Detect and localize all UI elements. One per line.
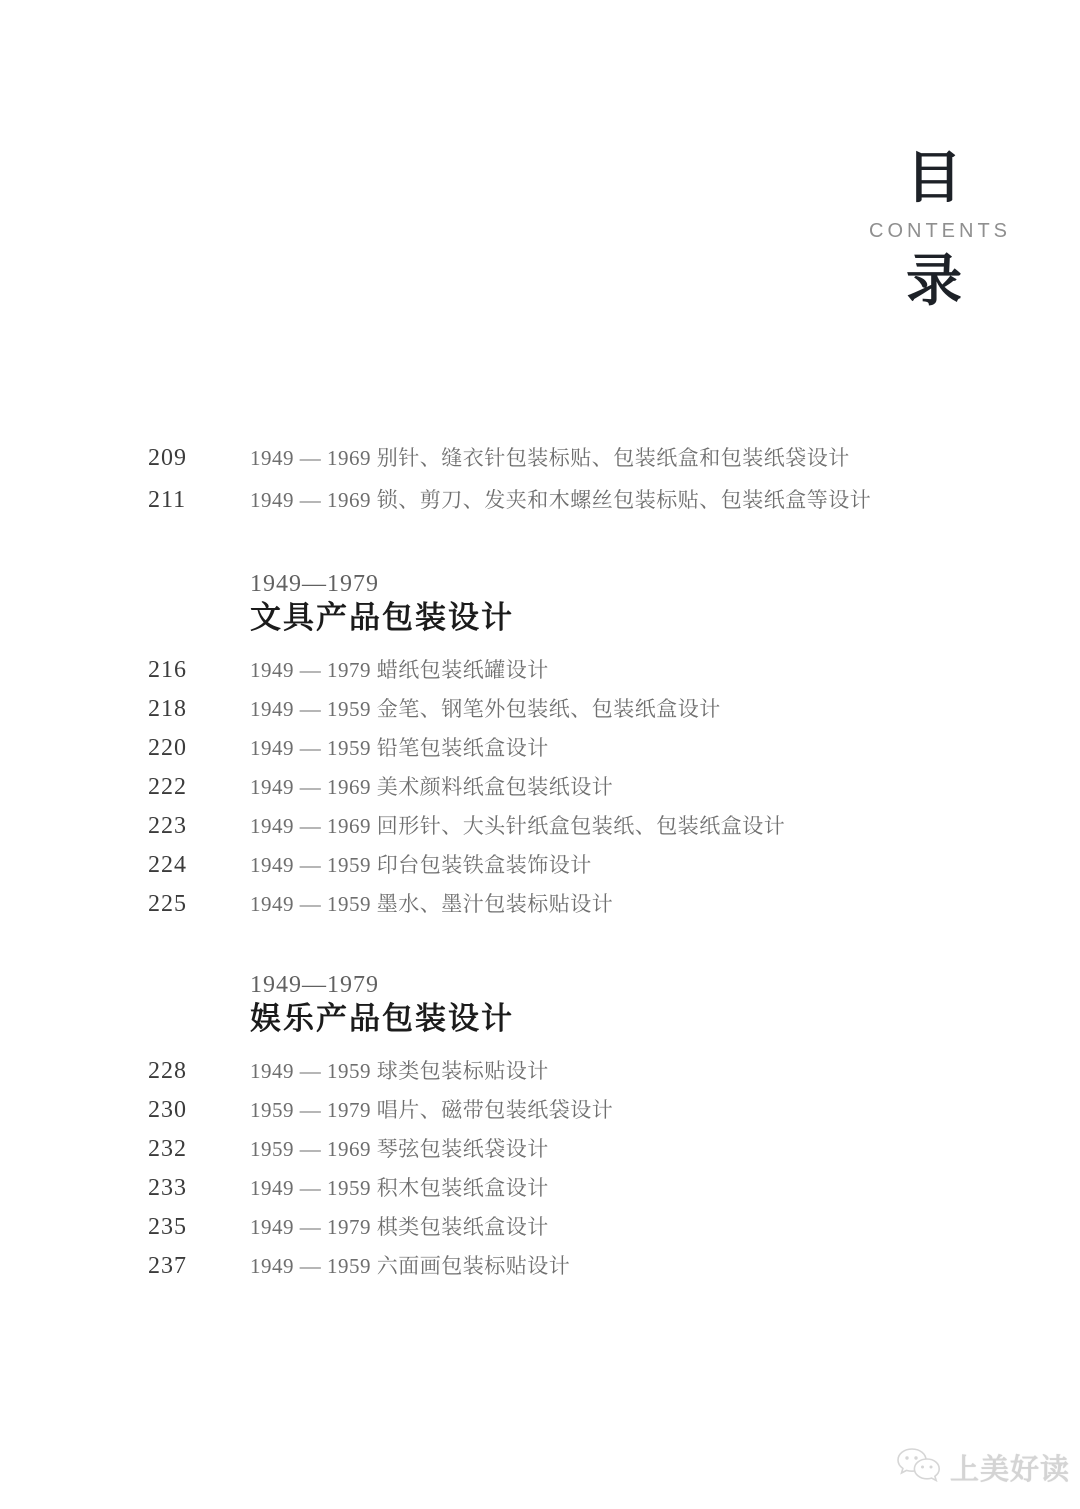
- toc-entry: 2221949 — 1969 美术颜料纸盒包装纸设计: [148, 771, 978, 810]
- toc-page-number: 235: [148, 1214, 250, 1241]
- toc-entry: 2331949 — 1959 积木包装纸盒设计: [148, 1172, 978, 1211]
- toc-entry: 2371949 — 1959 六面画包装标贴设计: [148, 1250, 978, 1289]
- toc-page-number: 223: [148, 813, 250, 840]
- section-title: 文具产品包装设计: [250, 598, 978, 638]
- toc-page-number: 232: [148, 1136, 250, 1163]
- toc-entry-title: 1949 — 1959 印台包装铁盒装饰设计: [250, 849, 592, 879]
- toc-entry: 2161949 — 1979 蜡纸包装纸罐设计: [148, 654, 978, 693]
- toc-entries: 2161949 — 1979 蜡纸包装纸罐设计2181949 — 1959 金笔…: [148, 654, 978, 927]
- contents-title-cn-top: 目: [869, 150, 999, 208]
- toc-entry: 2321959 — 1969 琴弦包装纸袋设计: [148, 1133, 978, 1172]
- wechat-icon: [895, 1446, 943, 1488]
- toc-group: 2091949 — 1969 别针、缝衣针包装标贴、包装纸盒和包装纸袋设计211…: [148, 442, 978, 526]
- toc-page-number: 218: [148, 696, 250, 723]
- toc-section-header: 1949—1979文具产品包装设计: [250, 570, 978, 638]
- toc-entry-title: 1949 — 1959 六面画包装标贴设计: [250, 1250, 570, 1280]
- toc-entry: 2111949 — 1969 锁、剪刀、发夹和木螺丝包装标贴、包装纸盒等设计: [148, 484, 978, 526]
- toc-entry: 2181949 — 1959 金笔、钢笔外包装纸、包装纸盒设计: [148, 693, 978, 732]
- toc-entry: 2281949 — 1959 球类包装标贴设计: [148, 1055, 978, 1094]
- toc-entry: 2231949 — 1969 回形针、大头针纸盒包装纸、包装纸盒设计: [148, 810, 978, 849]
- toc-entries: 2091949 — 1969 别针、缝衣针包装标贴、包装纸盒和包装纸袋设计211…: [148, 442, 978, 526]
- toc-entry-title: 1949 — 1969 回形针、大头针纸盒包装纸、包装纸盒设计: [250, 810, 785, 840]
- toc-entry: 2351949 — 1979 棋类包装纸盒设计: [148, 1211, 978, 1250]
- toc-page-number: 222: [148, 774, 250, 801]
- toc-entry-title: 1949 — 1979 蜡纸包装纸罐设计: [250, 654, 549, 684]
- toc-entry: 2251949 — 1959 墨水、墨汁包装标贴设计: [148, 888, 978, 927]
- toc-page-number: 216: [148, 657, 250, 684]
- toc-page-number: 211: [148, 487, 250, 514]
- toc-section-header: 1949—1979娱乐产品包装设计: [250, 971, 978, 1039]
- section-years: 1949—1979: [250, 570, 978, 598]
- contents-title-cn-bottom: 录: [869, 253, 999, 311]
- toc-entry-title: 1949 — 1979 棋类包装纸盒设计: [250, 1211, 549, 1241]
- toc-entry-title: 1959 — 1979 唱片、磁带包装纸袋设计: [250, 1094, 613, 1124]
- toc-entry: 2301959 — 1979 唱片、磁带包装纸袋设计: [148, 1094, 978, 1133]
- toc-list: 2091949 — 1969 别针、缝衣针包装标贴、包装纸盒和包装纸袋设计211…: [148, 442, 978, 1289]
- toc-page-number: 237: [148, 1253, 250, 1280]
- toc-entry-title: 1949 — 1959 积木包装纸盒设计: [250, 1172, 549, 1202]
- section-title: 娱乐产品包装设计: [250, 999, 978, 1039]
- toc-entry-title: 1949 — 1969 别针、缝衣针包装标贴、包装纸盒和包装纸袋设计: [250, 442, 850, 472]
- watermark: 上美好读: [895, 1446, 1070, 1488]
- toc-page-number: 225: [148, 891, 250, 918]
- toc-page-number: 220: [148, 735, 250, 762]
- toc-page-number: 224: [148, 852, 250, 879]
- toc-entry-title: 1949 — 1959 铅笔包装纸盒设计: [250, 732, 549, 762]
- contents-masthead: 目 CONTENTS 录: [869, 150, 999, 311]
- toc-entry: 2241949 — 1959 印台包装铁盒装饰设计: [148, 849, 978, 888]
- toc-entry-title: 1949 — 1959 球类包装标贴设计: [250, 1055, 549, 1085]
- toc-entry-title: 1949 — 1969 锁、剪刀、发夹和木螺丝包装标贴、包装纸盒等设计: [250, 484, 871, 514]
- contents-title-en: CONTENTS: [869, 221, 999, 241]
- watermark-label: 上美好读: [950, 1447, 1070, 1488]
- toc-group: 1949—1979娱乐产品包装设计2281949 — 1959 球类包装标贴设计…: [148, 971, 978, 1289]
- toc-page-number: 209: [148, 445, 250, 472]
- toc-entries: 2281949 — 1959 球类包装标贴设计2301959 — 1979 唱片…: [148, 1055, 978, 1289]
- toc-group: 1949—1979文具产品包装设计2161949 — 1979 蜡纸包装纸罐设计…: [148, 570, 978, 927]
- toc-entry-title: 1949 — 1969 美术颜料纸盒包装纸设计: [250, 771, 613, 801]
- toc-entry-title: 1959 — 1969 琴弦包装纸袋设计: [250, 1133, 549, 1163]
- toc-entry: 2091949 — 1969 别针、缝衣针包装标贴、包装纸盒和包装纸袋设计: [148, 442, 978, 484]
- toc-entry-title: 1949 — 1959 墨水、墨汁包装标贴设计: [250, 888, 613, 918]
- toc-page-number: 228: [148, 1058, 250, 1085]
- section-years: 1949—1979: [250, 971, 978, 999]
- toc-entry-title: 1949 — 1959 金笔、钢笔外包装纸、包装纸盒设计: [250, 693, 721, 723]
- toc-page-number: 230: [148, 1097, 250, 1124]
- toc-entry: 2201949 — 1959 铅笔包装纸盒设计: [148, 732, 978, 771]
- toc-page-number: 233: [148, 1175, 250, 1202]
